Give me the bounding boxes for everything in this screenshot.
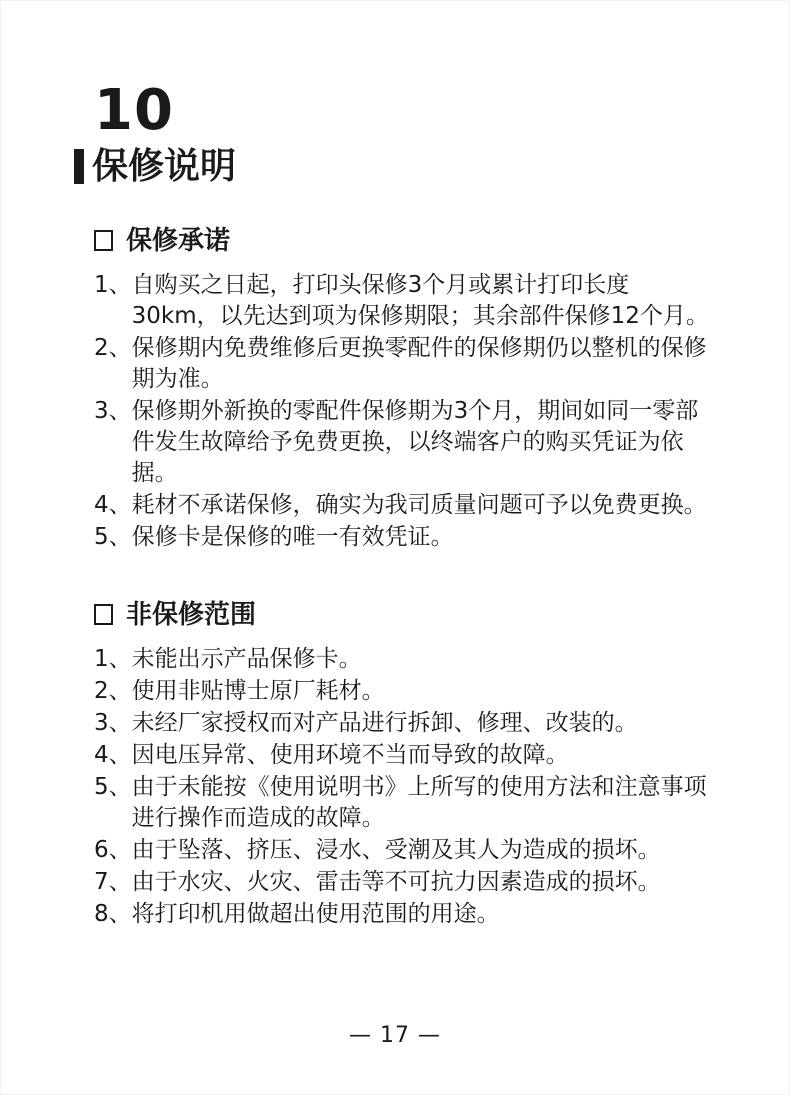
list-item-number: 2、 (94, 333, 132, 395)
manual-page: 10 保修说明 保修承诺 1、自购买之日起，打印头保修3个月或累计打印长度30k… (0, 0, 790, 1095)
square-bullet-icon (94, 604, 113, 625)
list-item-text: 自购买之日起，打印头保修3个月或累计打印长度30km，以先达到项为保修期限；其余… (132, 270, 712, 332)
list-item-number: 2、 (94, 676, 132, 707)
list-item: 7、由于水灾、火灾、雷击等不可抗力因素造成的损坏。 (94, 867, 712, 898)
page-number: — 17 — (1, 1023, 789, 1048)
chapter-title: 保修说明 (74, 147, 789, 187)
list-item-text: 因电压异常、使用环境不当而导致的故障。 (132, 740, 712, 771)
list-item-text: 未能出示产品保修卡。 (132, 644, 712, 675)
list-item: 1、未能出示产品保修卡。 (94, 644, 712, 675)
list-item: 4、因电压异常、使用环境不当而导致的故障。 (94, 740, 712, 771)
section-heading-non-warranty-scope: 非保修范围 (94, 599, 789, 631)
list-item-number: 7、 (94, 867, 132, 898)
chapter-title-text: 保修说明 (92, 147, 236, 187)
list-item-number: 8、 (94, 899, 132, 930)
list-item-text: 保修期内免费维修后更换零配件的保修期仍以整机的保修期为准。 (132, 333, 712, 395)
section-heading-text: 保修承诺 (126, 225, 230, 257)
chapter-number: 10 (94, 83, 789, 139)
list-item-number: 3、 (94, 396, 132, 489)
list-item-text: 未经厂家授权而对产品进行拆卸、修理、改装的。 (132, 708, 712, 739)
list-item: 2、保修期内免费维修后更换零配件的保修期仍以整机的保修期为准。 (94, 333, 712, 395)
list-item: 8、将打印机用做超出使用范围的用途。 (94, 899, 712, 930)
warranty-commitment-list: 1、自购买之日起，打印头保修3个月或累计打印长度30km，以先达到项为保修期限；… (94, 270, 712, 553)
section-heading-text: 非保修范围 (126, 599, 256, 631)
list-item-number: 4、 (94, 490, 132, 521)
list-item-number: 6、 (94, 835, 132, 866)
title-accent-bar-icon (74, 149, 84, 184)
list-item-text: 保修期外新换的零配件保修期为3个月，期间如同一零部件发生故障给予免费更换，以终端… (132, 396, 712, 489)
list-item: 3、保修期外新换的零配件保修期为3个月，期间如同一零部件发生故障给予免费更换，以… (94, 396, 712, 489)
section-non-warranty-scope: 非保修范围 1、未能出示产品保修卡。2、使用非贴博士原厂耗材。3、未经厂家授权而… (94, 599, 789, 930)
list-item-text: 由于水灾、火灾、雷击等不可抗力因素造成的损坏。 (132, 867, 712, 898)
list-item-number: 1、 (94, 270, 132, 332)
list-item-number: 5、 (94, 772, 132, 834)
list-item: 5、由于未能按《使用说明书》上所写的使用方法和注意事项进行操作而造成的故障。 (94, 772, 712, 834)
list-item-text: 保修卡是保修的唯一有效凭证。 (132, 522, 712, 553)
non-warranty-scope-list: 1、未能出示产品保修卡。2、使用非贴博士原厂耗材。3、未经厂家授权而对产品进行拆… (94, 644, 712, 930)
list-item-text: 由于未能按《使用说明书》上所写的使用方法和注意事项进行操作而造成的故障。 (132, 772, 712, 834)
list-item: 2、使用非贴博士原厂耗材。 (94, 676, 712, 707)
list-item: 5、保修卡是保修的唯一有效凭证。 (94, 522, 712, 553)
list-item-number: 4、 (94, 740, 132, 771)
list-item-text: 将打印机用做超出使用范围的用途。 (132, 899, 712, 930)
list-item: 4、耗材不承诺保修，确实为我司质量问题可予以免费更换。 (94, 490, 712, 521)
section-heading-warranty-commitment: 保修承诺 (94, 225, 789, 257)
list-item-number: 3、 (94, 708, 132, 739)
square-bullet-icon (94, 230, 113, 251)
list-item-text: 由于坠落、挤压、浸水、受潮及其人为造成的损坏。 (132, 835, 712, 866)
section-warranty-commitment: 保修承诺 1、自购买之日起，打印头保修3个月或累计打印长度30km，以先达到项为… (94, 225, 789, 553)
list-item-number: 1、 (94, 644, 132, 675)
list-item-number: 5、 (94, 522, 132, 553)
list-item: 3、未经厂家授权而对产品进行拆卸、修理、改装的。 (94, 708, 712, 739)
list-item: 6、由于坠落、挤压、浸水、受潮及其人为造成的损坏。 (94, 835, 712, 866)
list-item: 1、自购买之日起，打印头保修3个月或累计打印长度30km，以先达到项为保修期限；… (94, 270, 712, 332)
list-item-text: 使用非贴博士原厂耗材。 (132, 676, 712, 707)
list-item-text: 耗材不承诺保修，确实为我司质量问题可予以免费更换。 (132, 490, 712, 521)
